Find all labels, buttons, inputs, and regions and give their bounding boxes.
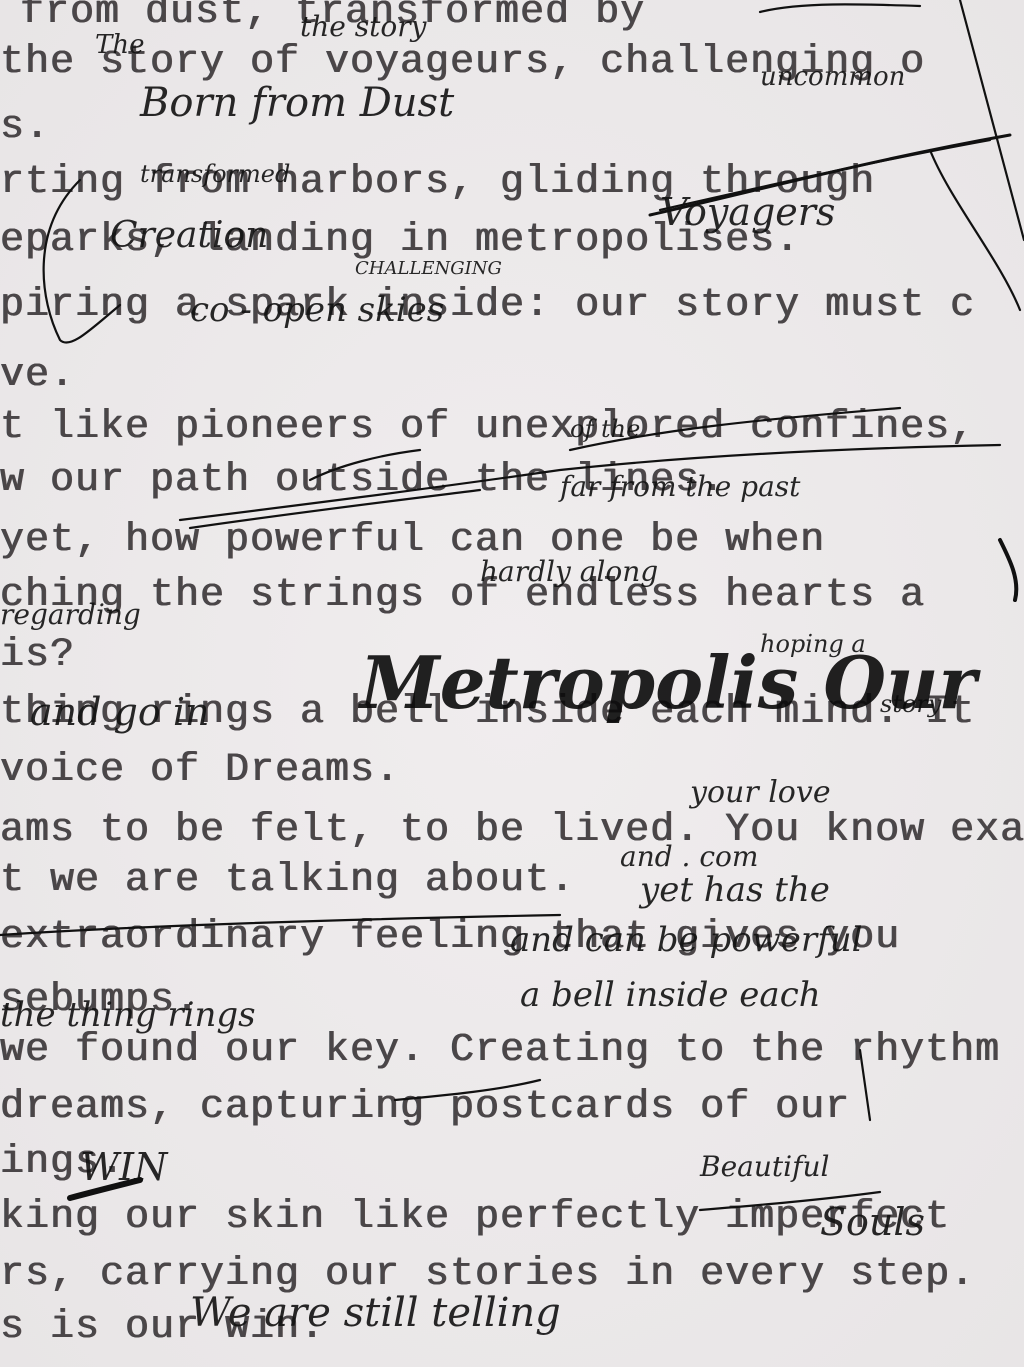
- typed-line: ve.: [0, 353, 75, 398]
- typed-line: is?: [0, 633, 75, 678]
- handwritten-note: and . com: [620, 840, 758, 873]
- headline-handwritten-note: Metropolis Our: [360, 640, 976, 725]
- handwritten-note: The: [95, 30, 144, 60]
- handwritten-note: a bell inside each: [520, 975, 821, 1015]
- typed-line: ams to be felt, to be lived. You know ex…: [0, 808, 1024, 853]
- handwritten-note: transformed: [140, 160, 290, 188]
- handwritten-note: and can be powerful: [510, 920, 863, 960]
- handwritten-note: We are still telling: [190, 1290, 561, 1336]
- handwritten-note: hardly along: [480, 555, 658, 588]
- typewritten-page: from dust, transformed bythe story of vo…: [0, 0, 1024, 1367]
- handwritten-note: Creation: [110, 215, 268, 256]
- typed-line: voice of Dreams.: [0, 748, 400, 793]
- handwritten-note: far from the past: [560, 470, 800, 503]
- typed-line: dreams, capturing postcards of our: [0, 1085, 850, 1130]
- handwritten-note: of the: [570, 415, 640, 443]
- typed-line: t we are talking about.: [0, 858, 575, 903]
- handwritten-note: yet has the: [640, 870, 830, 910]
- typed-line: s.: [0, 105, 50, 150]
- typed-line: piring a spark inside: our story must c: [0, 283, 975, 328]
- handwritten-note: uncommon: [760, 62, 905, 92]
- handwritten-note: Born from Dust: [140, 80, 454, 126]
- typed-line: king our skin like perfectly imperfect: [0, 1195, 950, 1240]
- handwritten-note: CHALLENGING: [355, 258, 502, 279]
- handwritten-note: regarding: [0, 598, 141, 631]
- handwritten-note: WIN: [80, 1145, 167, 1189]
- handwritten-note: Souls: [820, 1200, 925, 1244]
- handwritten-note: the thing rings: [0, 995, 256, 1035]
- handwritten-note: Beautiful: [700, 1150, 829, 1183]
- handwritten-note: your love: [690, 775, 831, 810]
- handwritten-note: the story: [300, 10, 426, 43]
- typed-line: t like pioneers of unexplored confines,: [0, 405, 975, 450]
- handwritten-note: co - open skies: [190, 290, 444, 330]
- handwritten-note: Voyagers: [660, 190, 835, 234]
- typed-line: yet, how powerful can one be when: [0, 518, 825, 563]
- handwritten-note: and go in: [30, 690, 209, 734]
